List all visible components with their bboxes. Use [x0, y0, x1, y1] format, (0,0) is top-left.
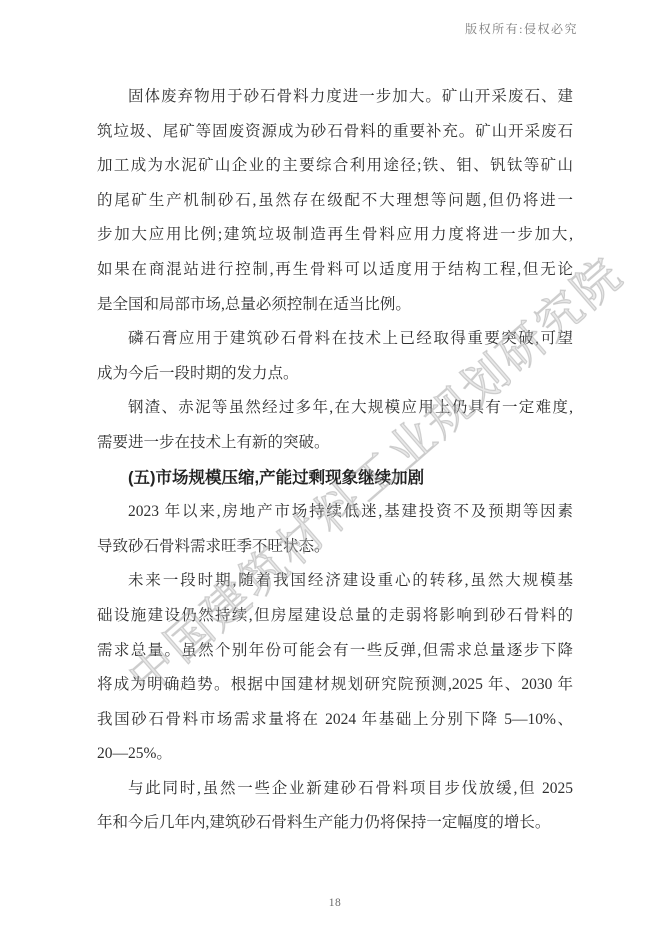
- paragraph-line: 成为今后一段时期的发力点。: [97, 357, 573, 392]
- page-number: 18: [0, 897, 670, 909]
- paragraph-line: 步加大应用比例;建筑垃圾制造再生骨料应用力度将进一步加大,: [97, 218, 573, 253]
- section-heading-line: (五)市场规模压缩,产能过剩现象继续加剧: [97, 461, 573, 496]
- document-body: 固体废弃物用于砂石骨料力度进一步加大。矿山开采废石、建筑垃圾、尾矿等固废资源成为…: [97, 80, 573, 841]
- paragraph-line: 20—25%。: [97, 737, 573, 772]
- paragraph-line: 年和今后几年内,建筑砂石骨料生产能力仍将保持一定幅度的增长。: [97, 806, 573, 841]
- paragraph-line: 如果在商混站进行控制,再生骨料可以适度用于结构工程,但无论: [97, 253, 573, 288]
- paragraph-line: 固体废弃物用于砂石骨料力度进一步加大。矿山开采废石、建: [97, 80, 573, 115]
- paragraph-line: 需要进一步在技术上有新的突破。: [97, 426, 573, 461]
- paragraph-line: 与此同时,虽然一些企业新建砂石骨料项目步伐放缓,但 2025: [97, 772, 573, 807]
- paragraph-line: 的尾矿生产机制砂石,虽然存在级配不大理想等问题,但仍将进一: [97, 184, 573, 219]
- copyright-notice: 版权所有:侵权必究: [465, 20, 578, 37]
- paragraph-line: 需求总量。虽然个别年份可能会有一些反弹,但需求总量逐步下降: [97, 634, 573, 669]
- paragraph-line: 是全国和局部市场,总量必须控制在适当比例。: [97, 288, 573, 323]
- paragraph-line: 筑垃圾、尾矿等固废资源成为砂石骨料的重要补充。矿山开采废石: [97, 115, 573, 150]
- paragraph-line: 钢渣、赤泥等虽然经过多年,在大规模应用上仍具有一定难度,: [97, 391, 573, 426]
- paragraph-line: 未来一段时期,随着我国经济建设重心的转移,虽然大规模基: [97, 564, 573, 599]
- paragraph-line: 将成为明确趋势。根据中国建材规划研究院预测,2025 年、2030 年: [97, 668, 573, 703]
- paragraph-line: 2023 年以来,房地产市场持续低迷,基建投资不及预期等因素: [97, 495, 573, 530]
- paragraph-line: 加工成为水泥矿山企业的主要综合利用途径;铁、钼、钒钛等矿山: [97, 149, 573, 184]
- document-page: 版权所有:侵权必究 固体废弃物用于砂石骨料力度进一步加大。矿山开采废石、建筑垃圾…: [0, 0, 670, 947]
- paragraph-line: 导致砂石骨料需求旺季不旺状态。: [97, 530, 573, 565]
- paragraph-line: 础设施建设仍然持续,但房屋建设总量的走弱将影响到砂石骨料的: [97, 599, 573, 634]
- paragraph-line: 磷石膏应用于建筑砂石骨料在技术上已经取得重要突破,可望: [97, 322, 573, 357]
- paragraph-line: 我国砂石骨料市场需求量将在 2024 年基础上分别下降 5—10%、: [97, 703, 573, 738]
